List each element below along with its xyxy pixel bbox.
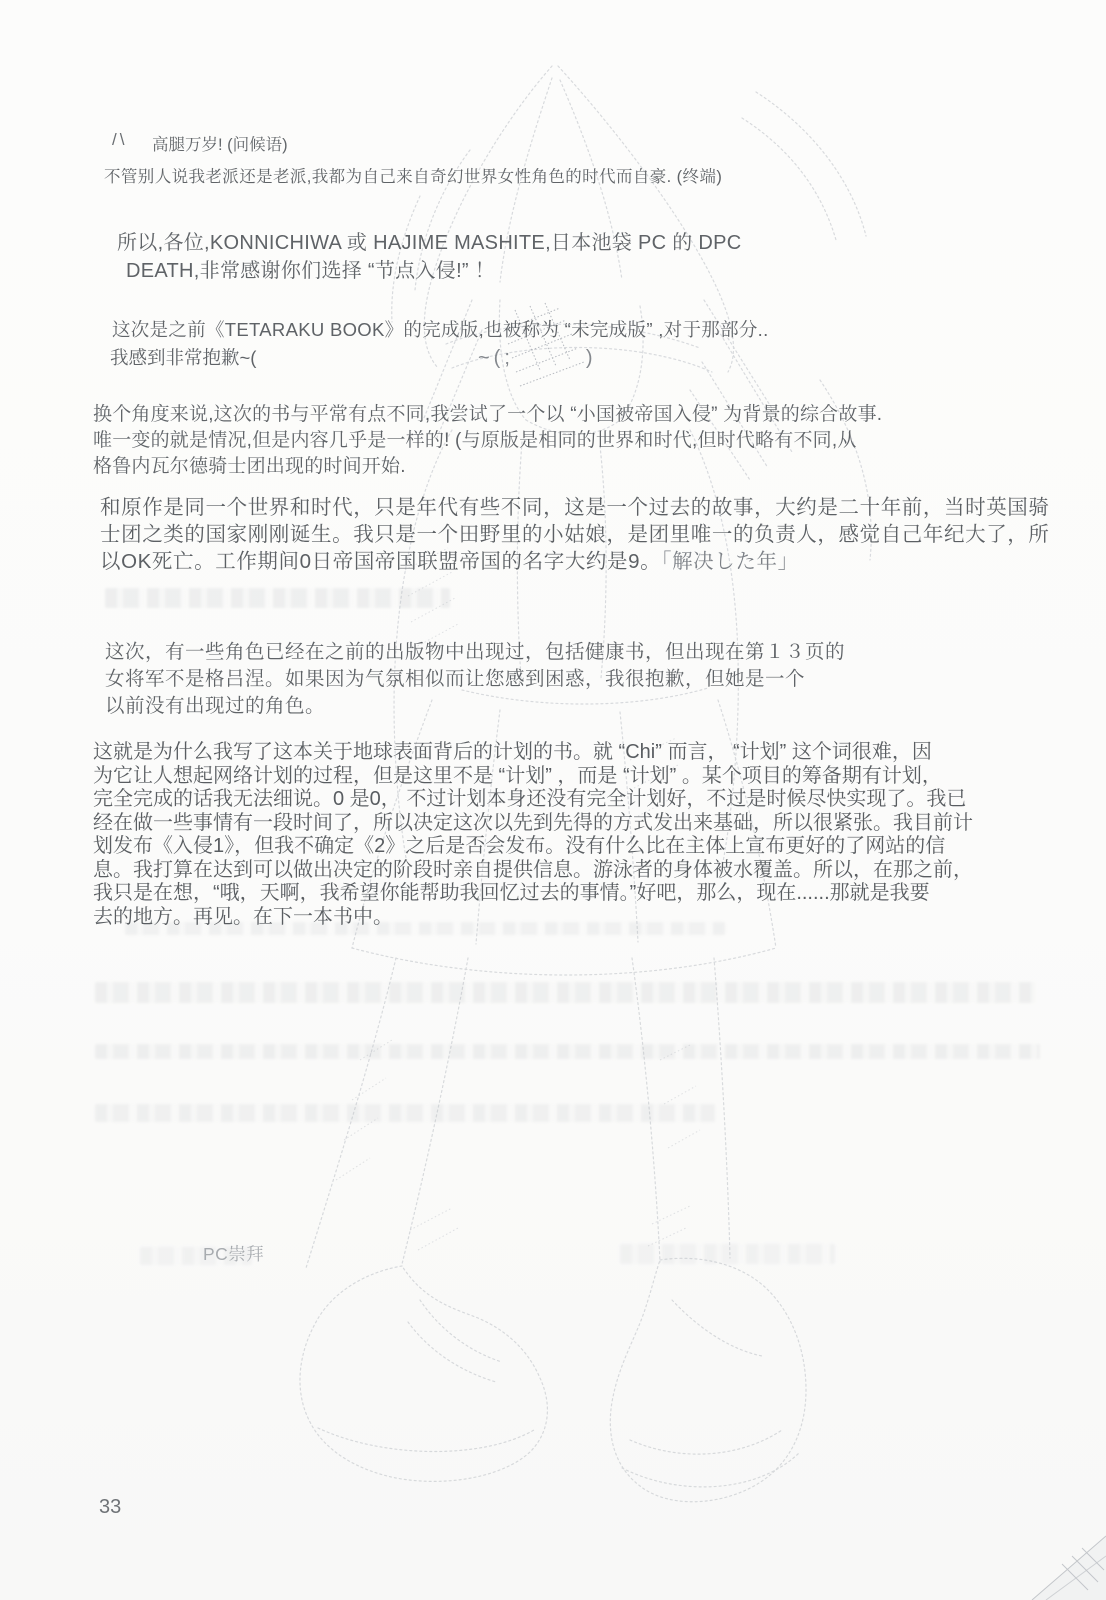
- backstory-paragraph-line: 和原作是同一个世界和时代，只是年代有些不同，这是一个过去的故事，大约是二十年前，…: [100, 490, 1050, 520]
- premise-paragraph-line: 换个角度来说,这次的书与平常有点不同,我尝试了一个以 “小国被帝国入侵” 为背景…: [93, 399, 882, 426]
- characters-paragraph-line: 女将军不是格吕涅。如果因为气氛相似而让您感到困惑，我很抱歉，但她是一个: [105, 663, 805, 691]
- backstory-paragraph-line: 士团之类的国家刚刚诞生。我只是一个田野里的小姑娘，是团里唯一的负责人，感觉自己年…: [100, 517, 1050, 547]
- apology-paragraph-line: 这次是之前《TETARAKU BOOK》的完成版,也被称为 “未完成版” ,对于…: [112, 316, 769, 342]
- backstory-line3-japanese: 「解决した年」: [661, 550, 798, 573]
- greeting-title: 高腿万岁! (问候语): [152, 131, 288, 155]
- greeting-mark: /\: [112, 130, 127, 150]
- ghost-text-band: [95, 982, 1035, 1003]
- scanned-page: /\ 高腿万岁! (问候语) 不管别人说我老派还是老派,我都为自己来自奇幻世界女…: [0, 0, 1106, 1600]
- page-number: 33: [99, 1496, 121, 1519]
- hello-paragraph-line: DEATH,非常感谢你们选择 “节点入侵!” ！: [126, 254, 495, 283]
- characters-paragraph-line: 以前没有出现过的角色。: [105, 690, 325, 718]
- ghost-text-band: [620, 1244, 835, 1264]
- plans-paragraph-line: 去的地方。再见。在下一本书中。: [93, 900, 393, 929]
- premise-paragraph-line: 格鲁内瓦尔德骑士团出现的时间开始.: [93, 451, 406, 478]
- backstory-line3-main: 以OK死亡。工作期间0日帝国帝国联盟帝国的名字大约是9。: [100, 550, 661, 573]
- ghost-text-band: [95, 1044, 1040, 1059]
- premise-paragraph-line: 唯一变的就是情况,但是内容几乎是一样的! (与原版是相同的世界和时代,但时代略有…: [93, 425, 857, 452]
- backstory-paragraph-line: 以OK死亡。工作期间0日帝国帝国联盟帝国的名字大约是9。「解决した年」: [100, 544, 799, 574]
- ghost-text-band: [95, 1104, 715, 1122]
- footer-caption: PC崇拜: [203, 1241, 264, 1266]
- apology-paragraph-line: 我感到非常抱歉~(: [110, 344, 256, 370]
- hello-paragraph-line: 所以,各位,KONNICHIWA 或 HAJIME MASHITE,日本池袋 P…: [117, 226, 742, 255]
- emoticon-text: ~(; ): [478, 341, 597, 370]
- ghost-text-band: [105, 588, 450, 608]
- characters-paragraph-line: 这次，有一些角色已经在之前的出版物中出现过，包括健康书，但出现在第１３页的: [105, 636, 845, 664]
- page-corner-fold: [1032, 1536, 1106, 1600]
- intro-line: 不管别人说我老派还是老派,我都为自己来自奇幻世界女性角色的时代而自豪. (终端): [104, 163, 722, 187]
